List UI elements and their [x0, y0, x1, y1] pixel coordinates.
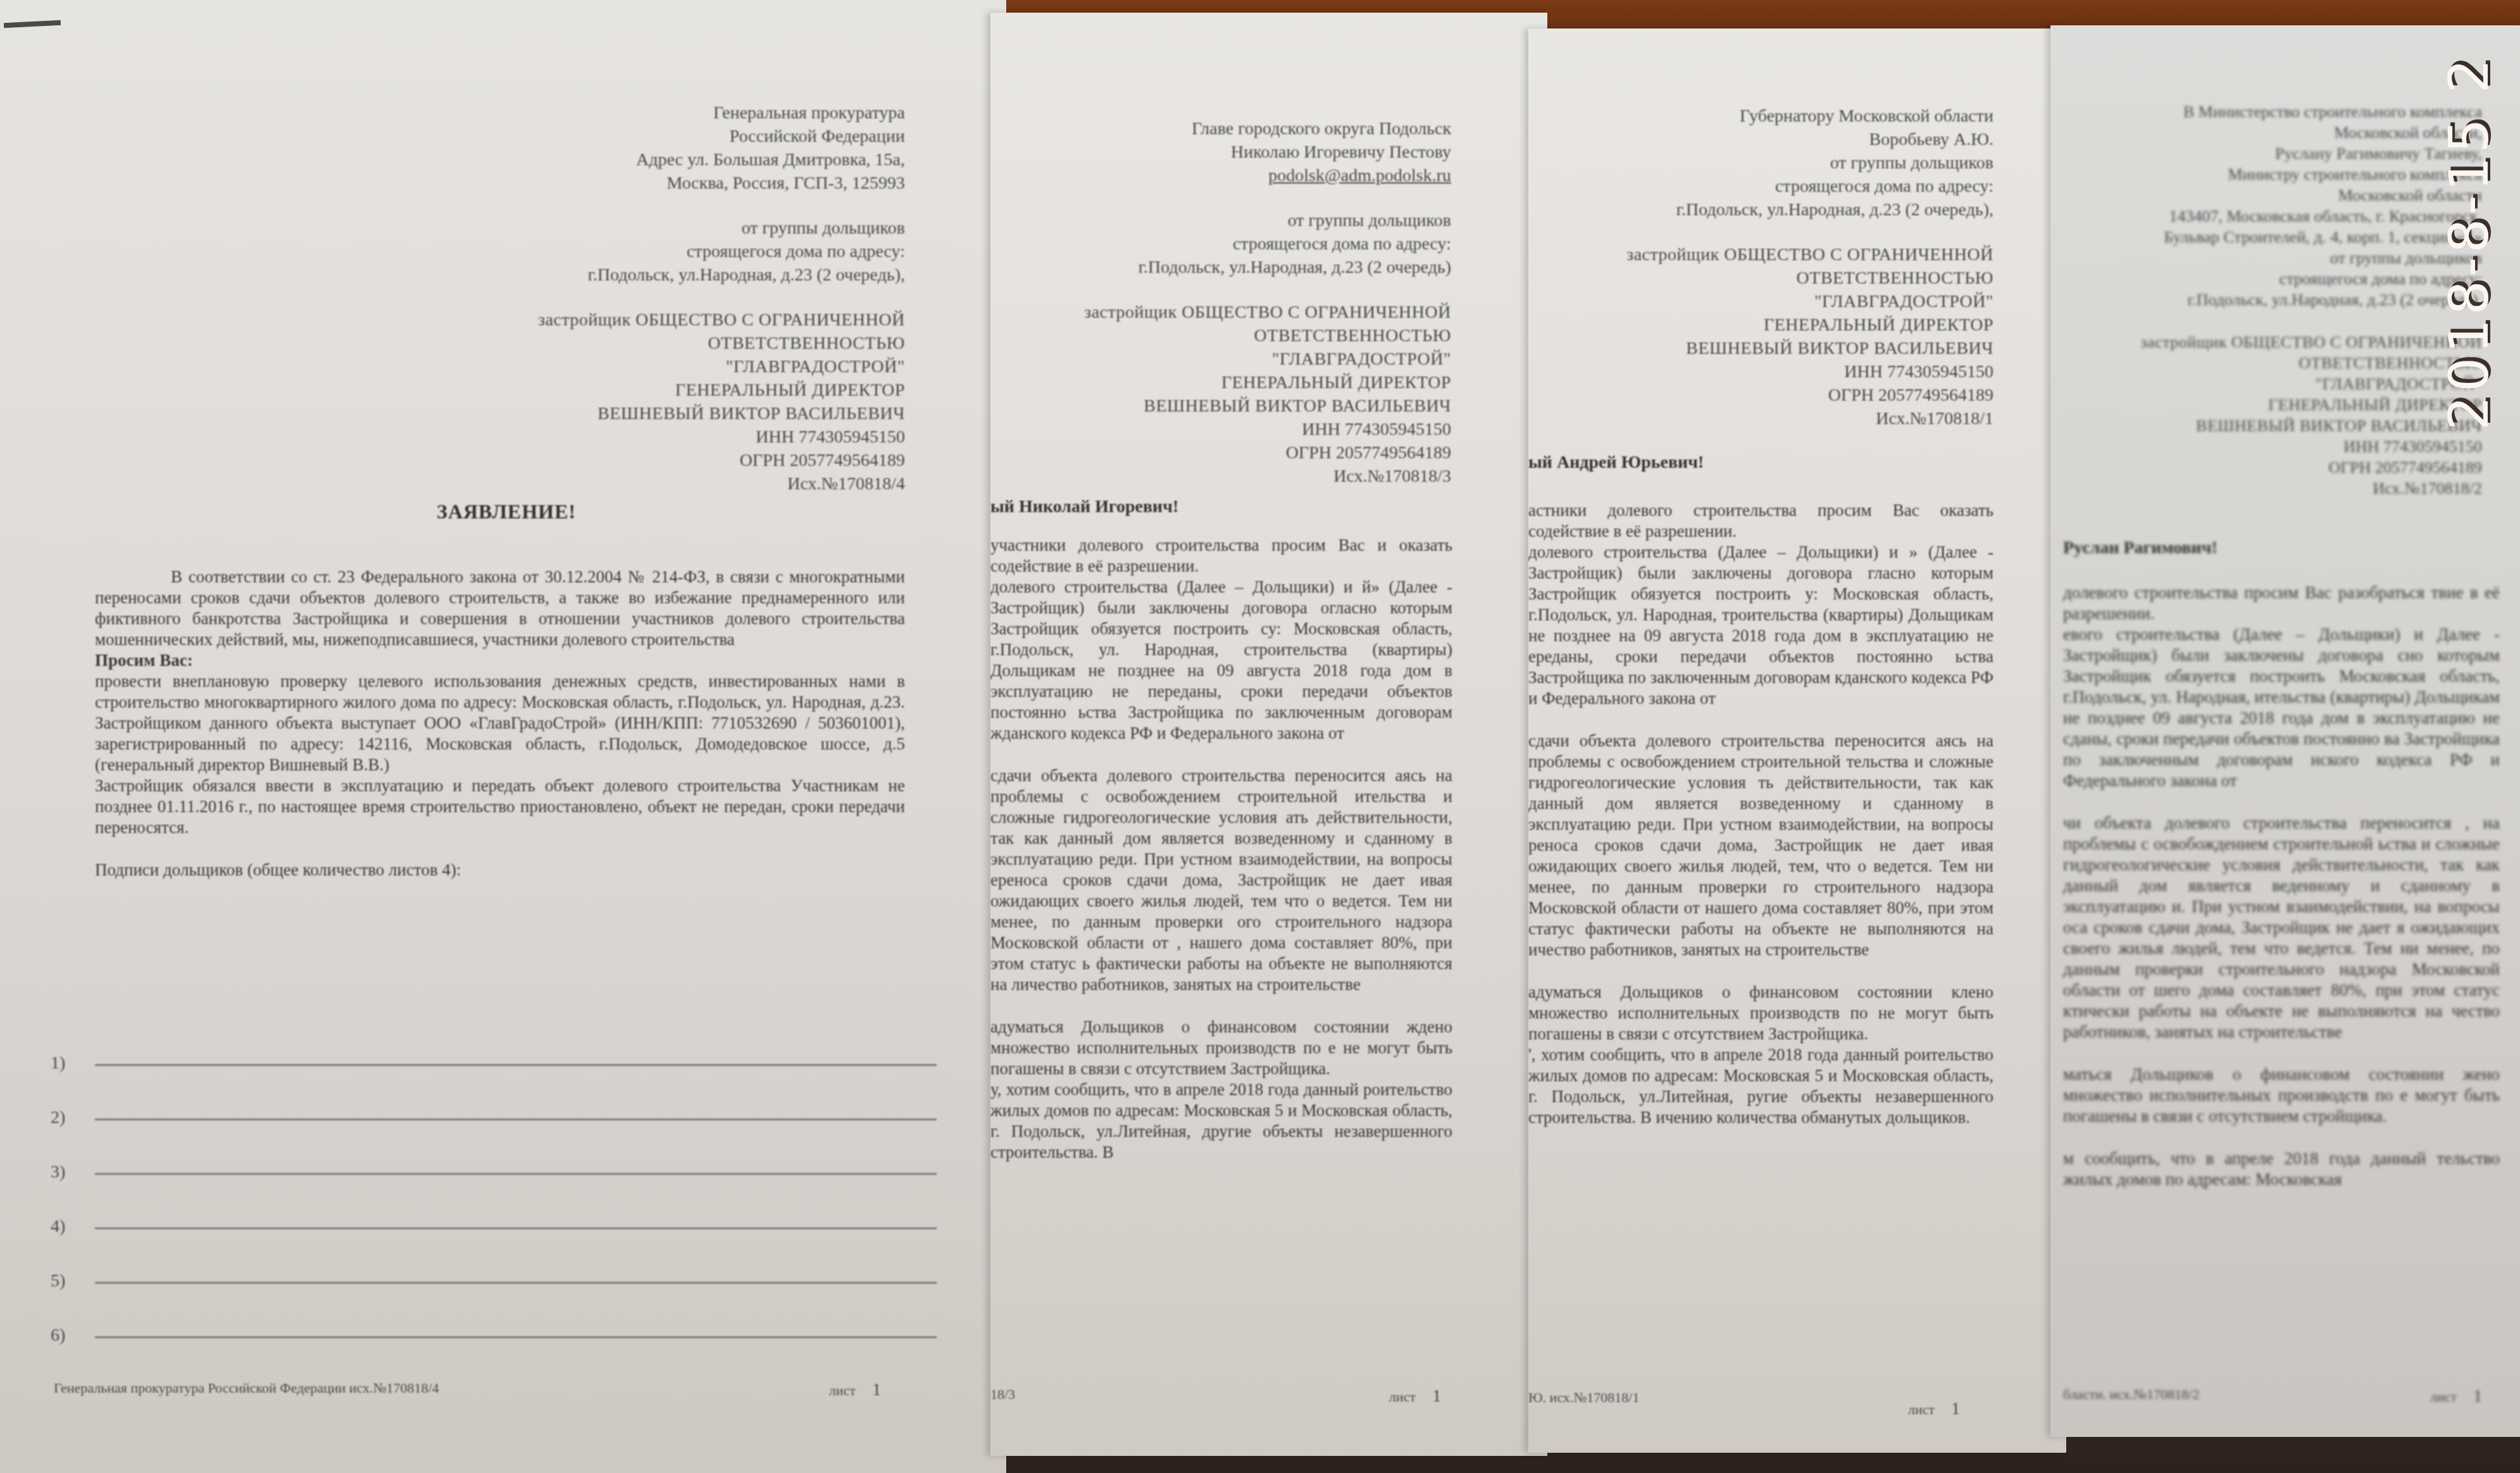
sheet-label: лист [829, 1382, 856, 1398]
ogrn-line: ОГРН 2057749564189 [1084, 441, 1451, 465]
request-heading: Просим Вас: [95, 650, 905, 671]
body-paragraph: адуматься Дольщиков о финансовом состоян… [1528, 982, 1993, 1044]
addressee-line: Главе городского округа Подольск [1084, 117, 1451, 141]
sender-line: от группы дольщиков [1084, 209, 1451, 232]
sheet-number: 1 [2473, 1386, 2482, 1406]
body-paragraph: астники долевого строительства просим Ва… [1528, 500, 1993, 542]
body-paragraph: адуматься Дольщиков о финансовом состоян… [990, 1017, 1452, 1079]
sender-line: строящегося дома по адресу: [538, 240, 905, 263]
footer-reference: 18/3 [990, 1386, 1015, 1402]
sheet-number: 1 [1951, 1399, 1960, 1419]
addressee-line: Российской Федерации [538, 125, 905, 148]
addressee-block: Главе городского округа Подольск Николаю… [1084, 117, 1451, 488]
letter-body: астники долевого строительства просим Ва… [1528, 500, 1993, 1128]
document-sheet-governor: Губернатору Московской области Воробьеву… [1528, 28, 2066, 1453]
salutation: ый Николай Игоревич! [990, 497, 1178, 517]
addressee-line: В Министерство строительного комплекса [2140, 101, 2482, 122]
signature-row: 6) [51, 1291, 937, 1346]
page-number: лист1 [829, 1380, 881, 1400]
signature-number: 6) [51, 1326, 95, 1346]
addressee-line: Адрес ул. Большая Дмитровка, 15а, [538, 148, 905, 172]
page-number: лист1 [1908, 1399, 1960, 1419]
signature-line [95, 1211, 937, 1229]
photo-timestamp-overlay: 2018-8-15 2 [2438, 0, 2501, 430]
addressee-line: Москва, Россия, ГСП-3, 125993 [538, 172, 905, 195]
sender-line: г.Подольск, ул.Народная, д.23 (2 очередь… [1084, 256, 1451, 279]
footer-reference: бласти. исх.№170818/2 [2063, 1386, 2199, 1402]
sender-line: строящегося дома по адресу: [1084, 232, 1451, 256]
addressee-line: Бульвар Строителей, д. 4, корп. 1, секци… [2140, 227, 2482, 248]
developer-line: застройщик ОБЩЕСТВО С ОГРАНИЧЕННОЙ [538, 308, 905, 332]
signature-line [95, 1048, 937, 1066]
body-paragraph: у, хотим сообщить, что в апреле 2018 год… [990, 1079, 1452, 1163]
sheet-label: лист [1908, 1401, 1935, 1417]
sender-line: от группы дольщиков [538, 216, 905, 240]
addressee-block: Губернатору Московской области Воробьеву… [1626, 104, 1993, 430]
signature-number: 2) [51, 1108, 95, 1128]
addressee-line: Генеральная прокуратура [538, 101, 905, 125]
signature-row: 1) [51, 1019, 937, 1074]
signature-line [95, 1102, 937, 1120]
signature-number: 4) [51, 1217, 95, 1237]
developer-line: ГЕНЕРАЛЬНЫЙ ДИРЕКТОР [538, 379, 905, 402]
addressee-line: Министру строительного комплекса [2140, 164, 2482, 185]
sender-line: от группы дольщиков [2140, 248, 2482, 268]
developer-line: ГЕНЕРАЛЬНЫЙ ДИРЕКТОР [1084, 371, 1451, 394]
developer-line: ВЕШНЕВЫЙ ВИКТОР ВАСИЛЬЕВИЧ [2140, 415, 2482, 436]
developer-line: ГЕНЕРАЛЬНЫЙ ДИРЕКТОР [2140, 394, 2482, 415]
page-footer: Ю. исх.№170818/1 [1528, 1389, 1639, 1406]
sender-line: г.Подольск, ул.Народная, д.23 (2 очередь… [538, 263, 905, 287]
body-paragraph: чи объекта долевого строительства перено… [2063, 813, 2500, 1043]
developer-line: ОТВЕТСТВЕННОСТЬЮ [2140, 353, 2482, 373]
page-footer: 18/3 [990, 1386, 1015, 1403]
addressee-line: Московской области [2140, 185, 2482, 206]
addressee-block: Генеральная прокуратура Российской Федер… [538, 101, 905, 496]
sender-line: строящегося дома по адресу: [2140, 268, 2482, 289]
developer-line: "ГЛАВГРАДОСТРОЙ" [2140, 373, 2482, 394]
developer-line: ОТВЕТСТВЕННОСТЬЮ [1084, 324, 1451, 348]
body-paragraph: сдачи объекта долевого строительства пер… [990, 765, 1452, 995]
signatures-label: Подписи дольщиков (общее количество лист… [95, 860, 905, 881]
sender-line: строящегося дома по адресу: [1626, 175, 1993, 198]
sheet-label: лист [1389, 1389, 1416, 1405]
document-sheet-prosecutor: Генеральная прокуратура Российской Федер… [0, 0, 1006, 1473]
outgoing-number: Исх.№170818/4 [538, 472, 905, 496]
document-sheet-podolsk-head: Главе городского округа Подольск Николаю… [990, 13, 1547, 1456]
developer-line: ГЕНЕРАЛЬНЫЙ ДИРЕКТОР [1626, 313, 1993, 337]
footer-reference: Ю. исх.№170818/1 [1528, 1389, 1639, 1405]
footer-reference: Генеральная прокуратура Российской Федер… [54, 1380, 439, 1396]
addressee-line: Руслану Рагимовичу Тагиеву, [2140, 143, 2482, 164]
body-paragraph: евого строительства (Далее – Дольщики) и… [2063, 624, 2500, 791]
sender-line: от группы дольщиков [1626, 151, 1993, 175]
letter-body: долевого строительства просим Вас разобр… [2063, 582, 2500, 1190]
developer-line: "ГЛАВГРАДОСТРОЙ" [1626, 290, 1993, 313]
signature-number: 3) [51, 1162, 95, 1182]
addressee-line: 143407, Московская область, г. Красногор… [2140, 206, 2482, 227]
sender-line: г.Подольск, ул.Народная, д.23 (2 очередь… [2140, 289, 2482, 310]
body-paragraph: долевого строительства просим Вас разобр… [2063, 582, 2500, 624]
signature-line [95, 1320, 937, 1338]
body-paragraph: сдачи объекта долевого строительства пер… [1528, 730, 1993, 960]
outgoing-number: Исх.№170818/1 [1626, 407, 1993, 430]
inn-line: ИНН 774305945150 [538, 425, 905, 449]
intro-paragraph: В соответствии со ст. 23 Федерального за… [95, 567, 905, 650]
outgoing-number: Исх.№170818/2 [2140, 478, 2482, 499]
developer-line: ОТВЕТСТВЕННОСТЬЮ [1626, 266, 1993, 290]
developer-line: ВЕШНЕВЫЙ ВИКТОР ВАСИЛЬЕВИЧ [1626, 337, 1993, 360]
ogrn-line: ОГРН 2057749564189 [2140, 457, 2482, 478]
inn-line: ИНН 774305945150 [1084, 418, 1451, 441]
inn-line: ИНН 774305945150 [2140, 436, 2482, 457]
signature-line [95, 1156, 937, 1175]
addressee-line: Московской области, [2140, 122, 2482, 143]
signature-list: 1) 2) 3) 4) 5) 6) [51, 1019, 937, 1346]
body-paragraph: долевого строительства (Далее – Дольщики… [990, 577, 1452, 744]
developer-line: "ГЛАВГРАДОСТРОЙ" [1084, 348, 1451, 371]
sender-line: г.Подольск, ул.Народная, д.23 (2 очередь… [1626, 198, 1993, 222]
page-number: лист1 [2430, 1386, 2482, 1407]
obligation-paragraph: Застройщик обязался ввести в эксплуатаци… [95, 775, 905, 838]
signature-row: 3) [51, 1128, 937, 1182]
sheet-number: 1 [1432, 1386, 1441, 1406]
page-footer: бласти. исх.№170818/2 [2063, 1386, 2199, 1403]
signature-row: 2) [51, 1074, 937, 1128]
document-body: В соответствии со ст. 23 Федерального за… [95, 567, 905, 881]
letter-body: участники долевого строительства просим … [990, 535, 1452, 1163]
page-number: лист1 [1389, 1386, 1441, 1407]
body-paragraph: долевого строительства (Далее – Дольщики… [1528, 542, 1993, 709]
sheet-number: 1 [872, 1380, 881, 1400]
developer-line: "ГЛАВГРАДОСТРОЙ" [538, 355, 905, 379]
developer-line: ВЕШНЕВЫЙ ВИКТОР ВАСИЛЬЕВИЧ [1084, 394, 1451, 418]
inn-line: ИНН 774305945150 [1626, 360, 1993, 384]
ogrn-line: ОГРН 2057749564189 [1626, 384, 1993, 407]
body-paragraph: маться Дольщиков о финансовом состоянии … [2063, 1064, 2500, 1127]
developer-line: застройщик ОБЩЕСТВО С ОГРАНИЧЕННОЙ [2140, 332, 2482, 353]
addressee-line: Николаю Игоревичу Пестову [1084, 141, 1451, 164]
staple-mark [4, 20, 61, 28]
signature-row: 5) [51, 1237, 937, 1291]
salutation: Руслан Рагимович! [2063, 538, 2217, 558]
addressee-line: Губернатору Московской области [1626, 104, 1993, 128]
developer-line: застройщик ОБЩЕСТВО С ОГРАНИЧЕННОЙ [1626, 243, 1993, 266]
signature-row: 4) [51, 1182, 937, 1237]
signature-number: 1) [51, 1053, 95, 1074]
body-paragraph: участники долевого строительства просим … [990, 535, 1452, 577]
salutation: ый Андрей Юрьевич! [1528, 453, 1704, 473]
developer-line: ОТВЕТСТВЕННОСТЬЮ [538, 332, 905, 355]
sheet-label: лист [2430, 1389, 2457, 1405]
document-title: ЗАЯВЛЕНИЕ! [437, 500, 576, 523]
email-link[interactable]: podolsk@adm.podolsk.ru [1084, 164, 1451, 187]
signature-line [95, 1265, 937, 1284]
addressee-block: В Министерство строительного комплекса М… [2140, 101, 2482, 499]
addressee-line: Воробьеву А.Ю. [1626, 128, 1993, 151]
body-paragraph: м сообщить, что в апреле 2018 года данны… [2063, 1148, 2500, 1190]
signature-number: 5) [51, 1271, 95, 1291]
body-paragraph: ', хотим сообщить, что в апреле 2018 год… [1528, 1044, 1993, 1128]
request-paragraph: провести внеплановую проверку целевого и… [95, 671, 905, 775]
outgoing-number: Исх.№170818/3 [1084, 465, 1451, 488]
developer-line: ВЕШНЕВЫЙ ВИКТОР ВАСИЛЬЕВИЧ [538, 402, 905, 425]
developer-line: застройщик ОБЩЕСТВО С ОГРАНИЧЕННОЙ [1084, 301, 1451, 324]
ogrn-line: ОГРН 2057749564189 [538, 449, 905, 472]
page-footer: Генеральная прокуратура Российской Федер… [54, 1380, 439, 1396]
